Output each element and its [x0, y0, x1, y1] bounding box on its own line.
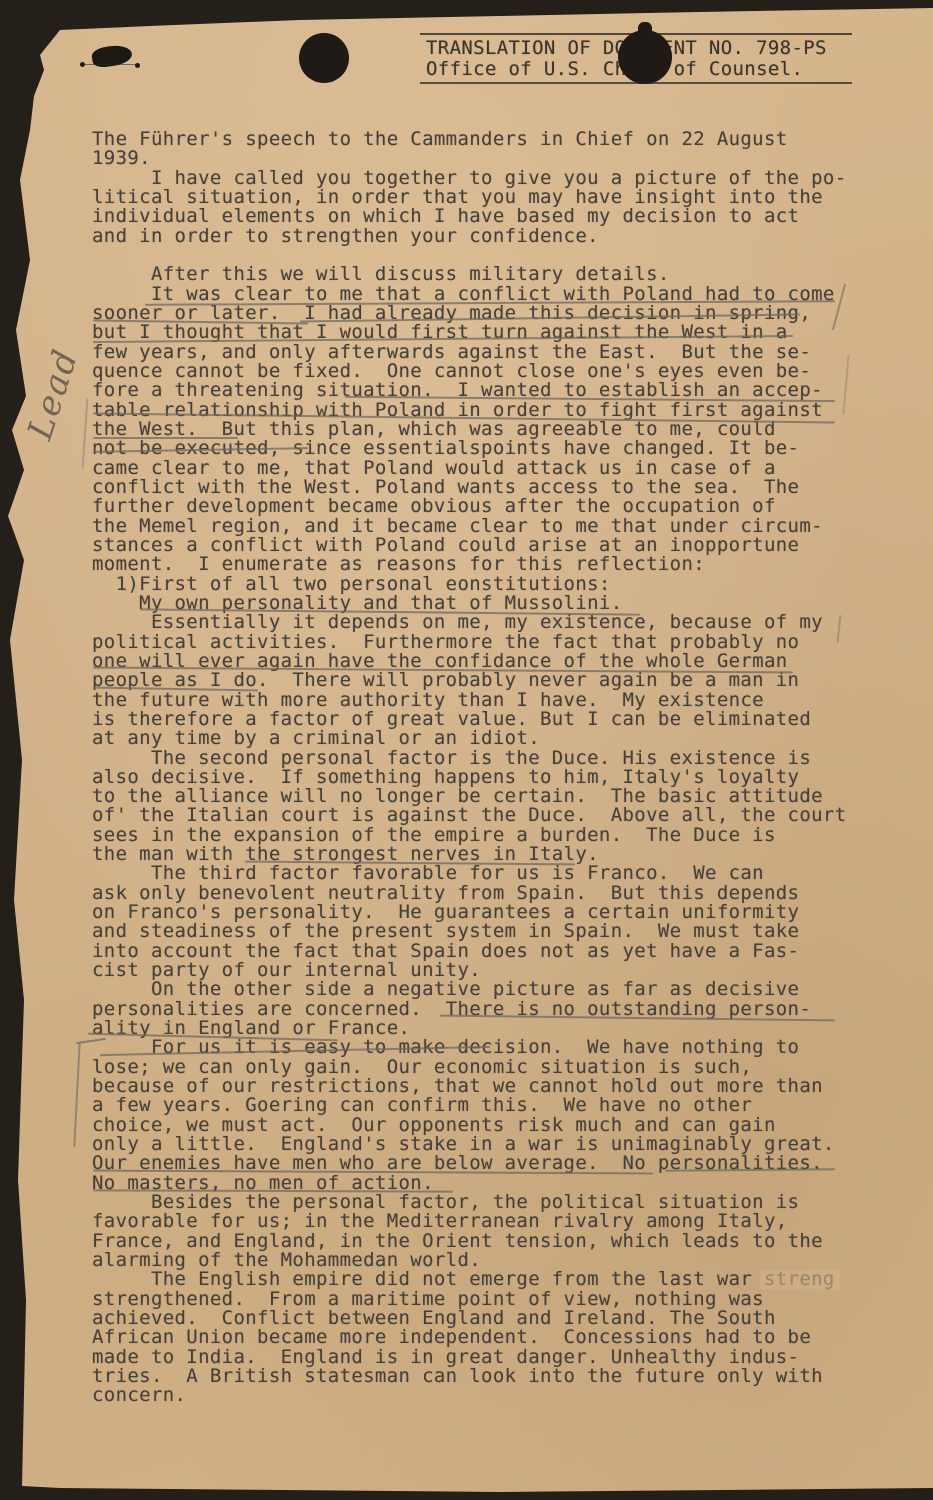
document-text-line: people as I do. There will probably neve…: [92, 671, 882, 690]
document-text-line: at any time by a criminal or an idiot.: [92, 729, 882, 748]
document-text-line: and in order to strengthen your confiden…: [92, 227, 882, 246]
scan-background: { "doc": { "header": { "line1": "TRANSLA…: [0, 0, 933, 1500]
document-page: TRANSLATION OF DOCUMENT NO. 798-PS Offic…: [0, 0, 933, 1500]
document-text-line: After this we will discuss military deta…: [92, 265, 882, 284]
document-text-line: further development became obvious after…: [92, 497, 882, 516]
ink-scratch-line: [84, 64, 136, 65]
document-text-line: Essentially it depends on me, my existen…: [92, 613, 882, 632]
document-text-line: favorable for us; in the Mediterranean r…: [92, 1212, 882, 1231]
document-text-line: The Führer's speech to the Cammanders in…: [92, 130, 882, 149]
document-text-line: tries. A British statesman can look into…: [92, 1367, 882, 1386]
document-text-line: of' the Italian court is against the Duc…: [92, 806, 882, 825]
document-text-line: On the other side a negative picture as …: [92, 980, 882, 999]
document-text-line: The third factor favorable for us is Fra…: [92, 864, 882, 883]
document-text-line: African Union became more independent. C…: [92, 1328, 882, 1347]
punch-hole: [618, 30, 672, 84]
pencil-margin-bracket: [73, 1042, 80, 1147]
document-text-line: the Memel region, and it became clear to…: [92, 517, 882, 536]
pencil-margin-line: [82, 398, 89, 468]
document-text-line: 1)First of all two personal eonstitution…: [92, 575, 882, 594]
document-text-line: the future with more authority than I ha…: [92, 691, 882, 710]
document-text-line: The second personal factor is the Duce. …: [92, 749, 882, 768]
document-text-line: 1939.: [92, 149, 882, 168]
faded-text-patch: [760, 1270, 840, 1289]
document-text-line: individual elements on which I have base…: [92, 207, 882, 226]
document-text-line: For us it is easy to make decision. We h…: [92, 1038, 882, 1057]
pencil-underline: [93, 437, 238, 439]
document-text-line: and steadiness of the present system in …: [92, 922, 882, 941]
punch-hole: [299, 33, 349, 83]
handwritten-margin-note: Lead: [20, 344, 87, 445]
punch-hole-notch: [638, 22, 652, 38]
document-text-line: concern.: [92, 1386, 882, 1405]
document-text-line: political activities. Furthermore the fa…: [92, 633, 882, 652]
document-text-line: came clear to me, that Poland would atta…: [92, 459, 882, 478]
document-text-line: moment. I enumerate as reasons for this …: [92, 555, 882, 574]
document-text-line: a few years. Goering can confirm this. W…: [92, 1096, 882, 1115]
